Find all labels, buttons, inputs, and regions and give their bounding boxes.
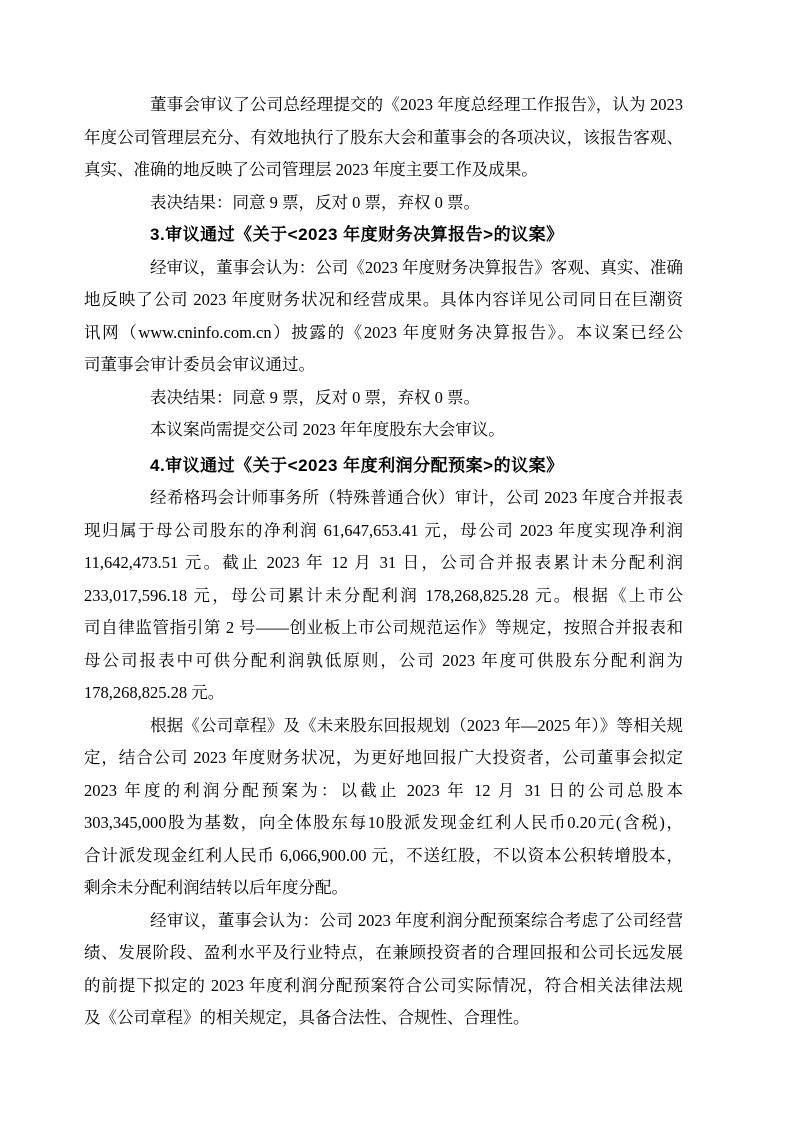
text-line: 经审议，董事会认为：公司 2023 年度利润分配预案综合考虑了公司经营业	[84, 905, 683, 938]
text-line: 及《公司章程》的相关规定，具备合法性、合规性、合理性。	[84, 1002, 683, 1035]
heading-line: 4.审议通过《关于<2023 年度利润分配预案>的议案》	[84, 450, 683, 483]
text-line: 年度公司管理层充分、有效地执行了股东大会和董事会的各项决议，该报告客观、	[84, 122, 683, 155]
heading-line: 3.审议通过《关于<2023 年度财务决算报告>的议案》	[84, 219, 683, 252]
text-line: 178,268,825.28 元。	[84, 677, 683, 710]
text-line: 2023 年度的利润分配预案为：以截止 2023 年 12 月 31 日的公司总…	[84, 775, 683, 808]
text-line: 剩余未分配利润结转以后年度分配。	[84, 872, 683, 905]
text-line: 定，结合公司 2023 年度财务状况，为更好地回报广大投资者，公司董事会拟定	[84, 742, 683, 775]
text-line: 司自律监管指引第 2 号——创业板上市公司规范运作》等规定，按照合并报表和	[84, 612, 683, 645]
text-line: 233,017,596.18 元，母公司累计未分配利润 178,268,825.…	[84, 580, 683, 613]
paragraph: 本议案尚需提交公司 2023 年年度股东大会审议。	[84, 414, 683, 447]
text-line: 11,642,473.51 元。截止 2023 年 12 月 31 日，公司合并…	[84, 547, 683, 580]
text-line: 合计派发现金红利人民币 6,066,900.00 元，不送红股，不以资本公积转增…	[84, 840, 683, 873]
text-line: 表决结果：同意 9 票，反对 0 票，弃权 0 票。	[84, 187, 683, 220]
text-line: 绩、发展阶段、盈利水平及行业特点，在兼顾投资者的合理回报和公司长远发展	[84, 937, 683, 970]
paragraph: 经审议，董事会认为：公司《2023 年度财务决算报告》客观、真实、准确 地反映了…	[84, 252, 683, 382]
text-line: 地反映了公司 2023 年度财务状况和经营成果。具体内容详见公司同日在巨潮资	[84, 284, 683, 317]
text-line: 根据《公司章程》及《未来股东回报规划（2023 年—2025 年）》等相关规	[84, 710, 683, 743]
text-line: 的前提下拟定的 2023 年度利润分配预案符合公司实际情况，符合相关法律法规	[84, 970, 683, 1003]
text-line: 司董事会审计委员会审议通过。	[84, 349, 683, 382]
text-line: 母公司报表中可供分配利润孰低原则，公司 2023 年度可供股东分配利润为	[84, 645, 683, 678]
text-line: 本议案尚需提交公司 2023 年年度股东大会审议。	[84, 414, 683, 447]
text-line: 董事会审议了公司总经理提交的《2023 年度总经理工作报告》，认为 2023	[84, 89, 683, 122]
vote-result: 表决结果：同意 9 票，反对 0 票，弃权 0 票。	[84, 382, 683, 415]
vote-result: 表决结果：同意 9 票，反对 0 票，弃权 0 票。	[84, 187, 683, 220]
paragraph: 董事会审议了公司总经理提交的《2023 年度总经理工作报告》，认为 2023 年…	[84, 89, 683, 187]
section-heading-3: 3.审议通过《关于<2023 年度财务决算报告>的议案》	[84, 219, 683, 252]
paragraph: 根据《公司章程》及《未来股东回报规划（2023 年—2025 年）》等相关规 定…	[84, 710, 683, 905]
text-line: 讯网（www.cninfo.com.cn）披露的《2023 年度财务决算报告》。…	[84, 317, 683, 350]
document-body: 董事会审议了公司总经理提交的《2023 年度总经理工作报告》，认为 2023 年…	[84, 89, 683, 1035]
text-line: 经希格玛会计师事务所（特殊普通合伙）审计，公司 2023 年度合并报表实	[84, 482, 683, 515]
text-line: 现归属于母公司股东的净利润 61,647,653.41 元，母公司 2023 年…	[84, 515, 683, 548]
text-line: 303,345,000股为基数，向全体股东每10股派发现金红利人民币0.20元(…	[84, 807, 683, 840]
section-heading-4: 4.审议通过《关于<2023 年度利润分配预案>的议案》	[84, 450, 683, 483]
paragraph: 经希格玛会计师事务所（特殊普通合伙）审计，公司 2023 年度合并报表实 现归属…	[84, 482, 683, 710]
document-page: 董事会审议了公司总经理提交的《2023 年度总经理工作报告》，认为 2023 年…	[0, 0, 794, 1122]
text-line: 表决结果：同意 9 票，反对 0 票，弃权 0 票。	[84, 382, 683, 415]
paragraph: 经审议，董事会认为：公司 2023 年度利润分配预案综合考虑了公司经营业 绩、发…	[84, 905, 683, 1035]
text-line: 真实、准确的地反映了公司管理层 2023 年度主要工作及成果。	[84, 154, 683, 187]
text-line: 经审议，董事会认为：公司《2023 年度财务决算报告》客观、真实、准确	[84, 252, 683, 285]
